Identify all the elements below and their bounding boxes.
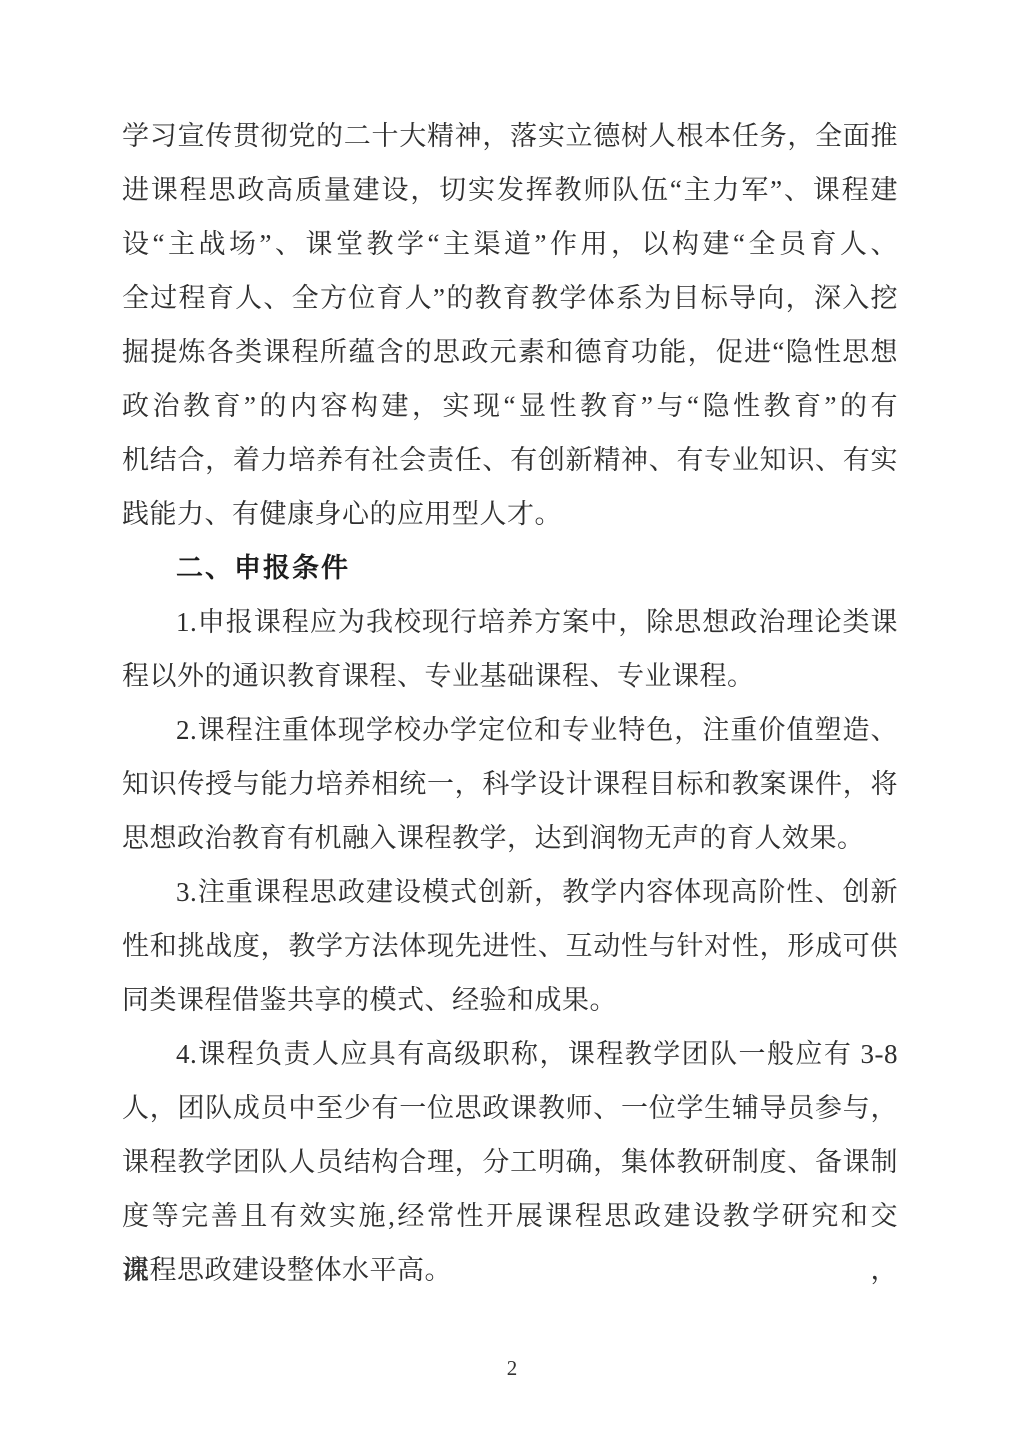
document-page: 学习宣传贯彻党的二十大精神，落实立德树人根本任务，全面推 进课程思政高质量建设，… (0, 0, 1024, 1447)
text-line: 思想政治教育有机融入课程教学，达到润物无声的育人效果。 (122, 811, 898, 865)
text-line: 度等完善且有效实施,经常性开展课程思政建设教学研究和交流， (122, 1189, 898, 1243)
text-line: 同类课程借鉴共享的模式、经验和成果。 (122, 973, 898, 1027)
text-line: 性和挑战度，教学方法体现先进性、互动性与针对性，形成可供 (122, 919, 898, 973)
section-heading: 二、申报条件 (122, 541, 898, 595)
text-line: 掘提炼各类课程所蕴含的思政元素和德育功能，促进“隐性思想 (122, 325, 898, 379)
text-line: 课程教学团队人员结构合理，分工明确，集体教研制度、备课制 (122, 1135, 898, 1189)
text-line: 学习宣传贯彻党的二十大精神，落实立德树人根本任务，全面推 (122, 109, 898, 163)
text-line: 程以外的通识教育课程、专业基础课程、专业课程。 (122, 649, 898, 703)
body-text: 学习宣传贯彻党的二十大精神，落实立德树人根本任务，全面推 进课程思政高质量建设，… (122, 109, 898, 1297)
text-line: 政治教育”的内容构建，实现“显性教育”与“隐性教育”的有 (122, 379, 898, 433)
page-footer: 2 (0, 1356, 1024, 1381)
text-line: 践能力、有健康身心的应用型人才。 (122, 487, 898, 541)
text-line: 全过程育人、全方位育人”的教育教学体系为目标导向，深入挖 (122, 271, 898, 325)
text-line: 机结合，着力培养有社会责任、有创新精神、有专业知识、有实 (122, 433, 898, 487)
text-line: 4.课程负责人应具有高级职称，课程教学团队一般应有 3-8 (122, 1027, 898, 1081)
text-line: 3.注重课程思政建设模式创新，教学内容体现高阶性、创新 (122, 865, 898, 919)
text-line: 2.课程注重体现学校办学定位和专业特色，注重价值塑造、 (122, 703, 898, 757)
text-line: 1.申报课程应为我校现行培养方案中，除思想政治理论类课 (122, 595, 898, 649)
text-line: 人，团队成员中至少有一位思政课教师、一位学生辅导员参与， (122, 1081, 898, 1135)
page-number: 2 (507, 1356, 518, 1380)
text-line: 知识传授与能力培养相统一，科学设计课程目标和教案课件，将 (122, 757, 898, 811)
text-line: 设“主战场”、课堂教学“主渠道”作用，以构建“全员育人、 (122, 217, 898, 271)
text-line: 进课程思政高质量建设，切实发挥教师队伍“主力军”、课程建 (122, 163, 898, 217)
